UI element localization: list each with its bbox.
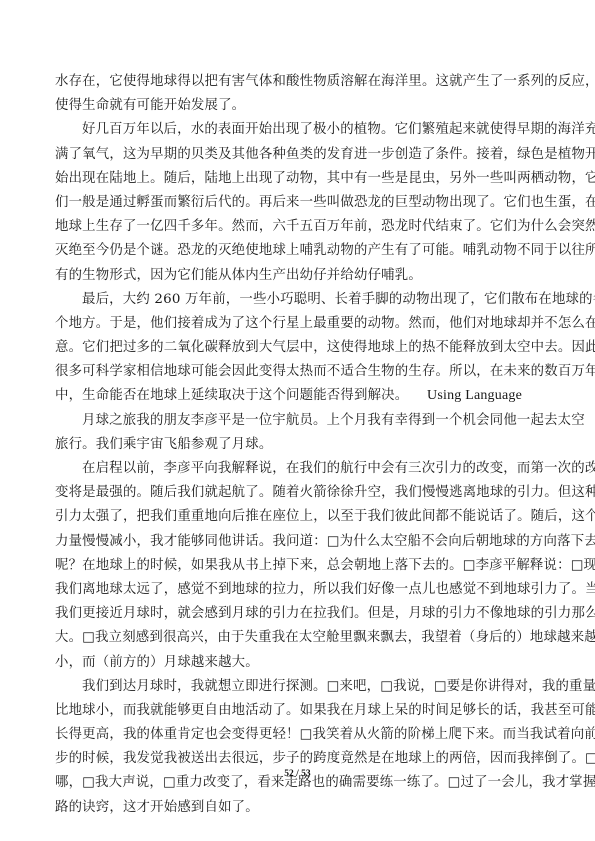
paragraph: 最后，大约 260 万年前，一些小巧聪明、长着手脚的动物出现了，它们散布在地球的… (55, 288, 536, 409)
paragraph: 好几百万年以后，水的表面开始出现了极小的植物。它们繁殖起来就使得早期的海洋充 满… (55, 118, 536, 287)
text-line: 路的诀窍，这才开始感到自如了。 (55, 796, 536, 820)
section-label: Using Language (427, 384, 536, 408)
text-line: 满了氧气，这为早期的贝类及其他各种鱼类的发育进一步创造了条件。接着，绿色是植物开 (55, 143, 536, 167)
paragraph: 月球之旅 我的朋友李彦平是一位宇航员。上个月我有幸得到一个机会同他一起去太空 旅… (55, 409, 536, 457)
text-line: 最后，大约 260 万年前，一些小巧聪明、长着手脚的动物出现了，它们散布在地球的… (55, 288, 536, 312)
text-line: 引力太强了，把我们重重地向后推在座位上，以至于我们彼此间都不能说话了。随后，这个 (55, 505, 536, 529)
text-line: 使得生命就有可能开始发展了。 (55, 94, 536, 118)
text-fragment: 我的朋友李彦平是一位宇航员。上个月我有幸得到一个机会同他一起去太空 (136, 409, 585, 433)
text-line: 很多可科学家相信地球可能会因此变得太热而不适合生物的生存。所以，在未来的数百万年 (55, 360, 536, 384)
text-line: 我们到达月球时，我就想立即进行探测。□来吧，□我说，□要是你讲得对，我的重量就会 (55, 675, 536, 699)
page-number: 52 / 53 (0, 769, 595, 779)
paragraph: 在启程以前，李彦平向我解释说，在我们的航行中会有三次引力的改变，而第一次的改 变… (55, 457, 536, 675)
text-line: 旅行。我们乘宇宙飞船参观了月球。 (55, 433, 536, 457)
text-line: 有的生物形式，因为它们能从体内生产出幼仔并给幼仔哺乳。 (55, 264, 536, 288)
text-fragment: 中，生命能否在地球上延续取决于这个问题能否得到解决。 (55, 384, 408, 408)
text-line: 好几百万年以后，水的表面开始出现了极小的植物。它们繁殖起来就使得早期的海洋充 (55, 118, 536, 142)
section-title: 月球之旅 (82, 409, 136, 433)
text-line: 大。□我立刻感到很高兴，由于失重我在太空舱里飘来飘去，我望着（身后的）地球越来越 (55, 626, 536, 650)
text-line: 地球上生存了一亿四千多年。然而，六千五百万年前，恐龙时代结束了。它们为什么会突然 (55, 215, 536, 239)
text-line: 月球之旅 我的朋友李彦平是一位宇航员。上个月我有幸得到一个机会同他一起去太空 (55, 409, 536, 433)
text-line: 水存在，它使得地球得以把有害气体和酸性物质溶解在海洋里。这就产生了一系列的反应， (55, 70, 536, 94)
text-line: 我们更接近月球时，就会感到月球的引力在拉我们。但是，月球的引力不像地球的引力那么 (55, 602, 536, 626)
text-line: 长得更高，我的体重肯定也会变得更轻！□我笑着从火箭的阶梯上爬下来。而当我试着向前… (55, 723, 536, 747)
text-line: 灭绝至今仍是个谜。恐龙的灭绝使地球上哺乳动物的产生有了可能。哺乳动物不同于以往所 (55, 239, 536, 263)
text-line: 呢？在地球上的时候，如果我从书上掉下来，总会朝地上落下去的。□李彦平解释说：□现… (55, 554, 536, 578)
text-line: 步的时候，我发觉我被送出去很远，步子的跨度竟然是在地球上的两倍，因而我摔倒了。□… (55, 747, 536, 771)
text-line: 中，生命能否在地球上延续取决于这个问题能否得到解决。 Using Languag… (55, 384, 536, 408)
document-page: 水存在，它使得地球得以把有害气体和酸性物质溶解在海洋里。这就产生了一系列的反应，… (55, 70, 536, 820)
text-line: 小，而（前方的）月球越来越大。 (55, 651, 536, 675)
paragraph: 水存在，它使得地球得以把有害气体和酸性物质溶解在海洋里。这就产生了一系列的反应，… (55, 70, 536, 118)
text-line: 变将是最强的。随后我们就起航了。随着火箭徐徐升空，我们慢慢逃离地球的引力。但这种 (55, 481, 536, 505)
text-line: 比地球小，而我就能够更自由地活动了。如果我在月球上呆的时间足够长的话，我甚至可能 (55, 699, 536, 723)
text-line: 们一般是通过孵蛋而繁衍后代的。再后来一些叫做恐龙的巨型动物出现了。它们也生蛋，在 (55, 191, 536, 215)
text-line: 意。它们把过多的二氧化碳释放到大气层中，这使得地球上的热不能释放到太空中去。因此 (55, 336, 536, 360)
paragraph: 我们到达月球时，我就想立即进行探测。□来吧，□我说，□要是你讲得对，我的重量就会… (55, 675, 536, 820)
text-line: 始出现在陆地上。随后，陆地上出现了动物，其中有一些是昆虫，另外一些叫两栖动物，它 (55, 167, 536, 191)
text-line: 个地方。于是，他们接着成为了这个行星上最重要的动物。然而，他们对地球却并不怎么在 (55, 312, 536, 336)
text-line: 我们离地球太远了，感觉不到地球的拉力，所以我们好像一点儿也感觉不到地球引力了。当 (55, 578, 536, 602)
text-line: 在启程以前，李彦平向我解释说，在我们的航行中会有三次引力的改变，而第一次的改 (55, 457, 536, 481)
text-line: 力量慢慢减小，我才能够同他讲话。我问道：□为什么太空船不会向后朝地球的方向落下去 (55, 530, 536, 554)
